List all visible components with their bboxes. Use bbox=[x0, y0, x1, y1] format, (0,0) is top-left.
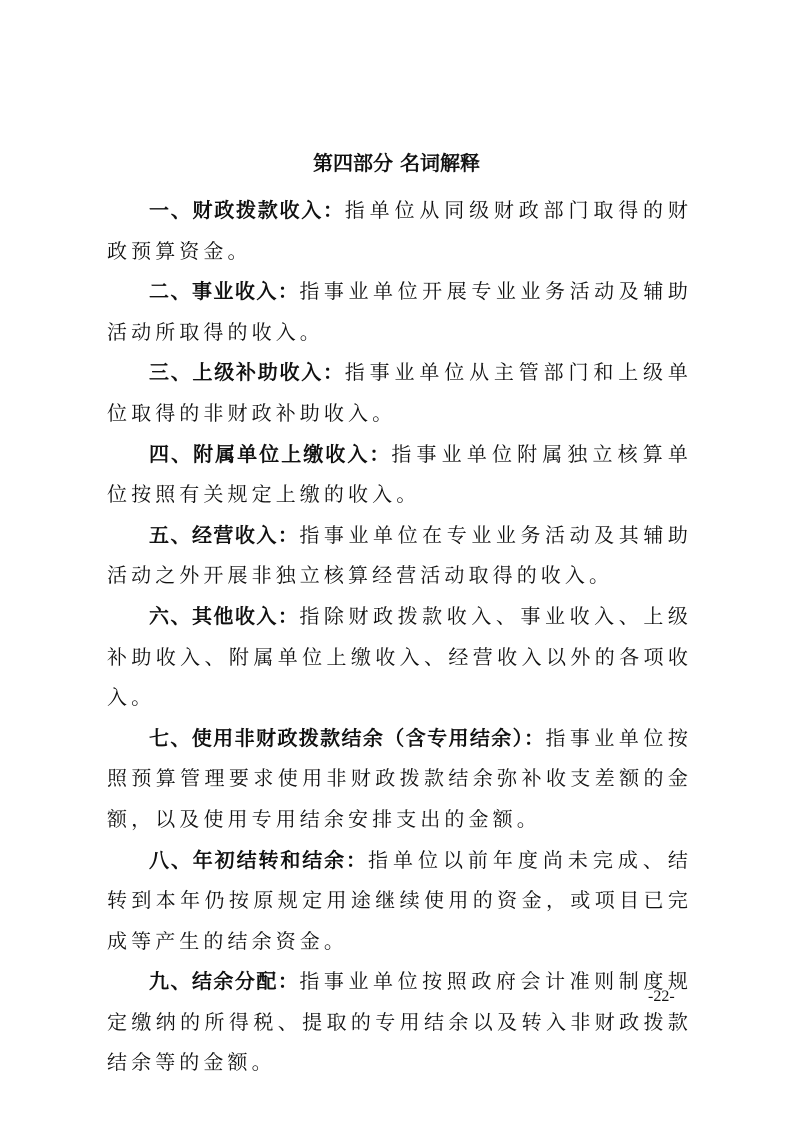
entry-term: 二、事业收入： bbox=[149, 279, 299, 303]
glossary-entry-5: 五、经营收入：指事业单位在专业业务活动及其辅助活动之外开展非独立核算经营活动取得… bbox=[107, 515, 692, 596]
glossary-entry-9: 九、结余分配：指事业单位按照政府会计准则制度规定缴纳的所得税、提取的专用结余以及… bbox=[107, 961, 692, 1083]
entry-term: 七、使用非财政拨款结余（含专用结余）： bbox=[149, 726, 545, 750]
page-number: -22- bbox=[648, 988, 675, 1006]
glossary-entry-1: 一、财政拨款收入：指单位从同级财政部门取得的财政预算资金。 bbox=[107, 190, 692, 271]
document-page: 第四部分 名词解释 一、财政拨款收入：指单位从同级财政部门取得的财政预算资金。 … bbox=[0, 0, 793, 1122]
entry-term: 五、经营收入： bbox=[149, 523, 299, 547]
entry-term: 六、其他收入： bbox=[149, 604, 299, 628]
entry-term: 九、结余分配： bbox=[149, 969, 299, 993]
glossary-body: 一、财政拨款收入：指单位从同级财政部门取得的财政预算资金。 二、事业收入：指事业… bbox=[107, 190, 692, 1083]
entry-term: 三、上级补助收入： bbox=[149, 360, 345, 384]
glossary-entry-6: 六、其他收入：指除财政拨款收入、事业收入、上级补助收入、附属单位上缴收入、经营收… bbox=[107, 596, 692, 718]
glossary-entry-3: 三、上级补助收入：指事业单位从主管部门和上级单位取得的非财政补助收入。 bbox=[107, 352, 692, 433]
section-title: 第四部分 名词解释 bbox=[0, 148, 793, 178]
glossary-entry-7: 七、使用非财政拨款结余（含专用结余）：指事业单位按照预算管理要求使用非财政拨款结… bbox=[107, 718, 692, 840]
glossary-entry-8: 八、年初结转和结余：指单位以前年度尚未完成、结转到本年仍按原规定用途继续使用的资… bbox=[107, 840, 692, 962]
glossary-entry-2: 二、事业收入：指事业单位开展专业业务活动及辅助活动所取得的收入。 bbox=[107, 271, 692, 352]
entry-term: 四、附属单位上缴收入： bbox=[149, 442, 391, 466]
entry-term: 一、财政拨款收入： bbox=[149, 198, 345, 222]
glossary-entry-4: 四、附属单位上缴收入：指事业单位附属独立核算单位按照有关规定上缴的收入。 bbox=[107, 434, 692, 515]
entry-term: 八、年初结转和结余： bbox=[149, 848, 368, 872]
